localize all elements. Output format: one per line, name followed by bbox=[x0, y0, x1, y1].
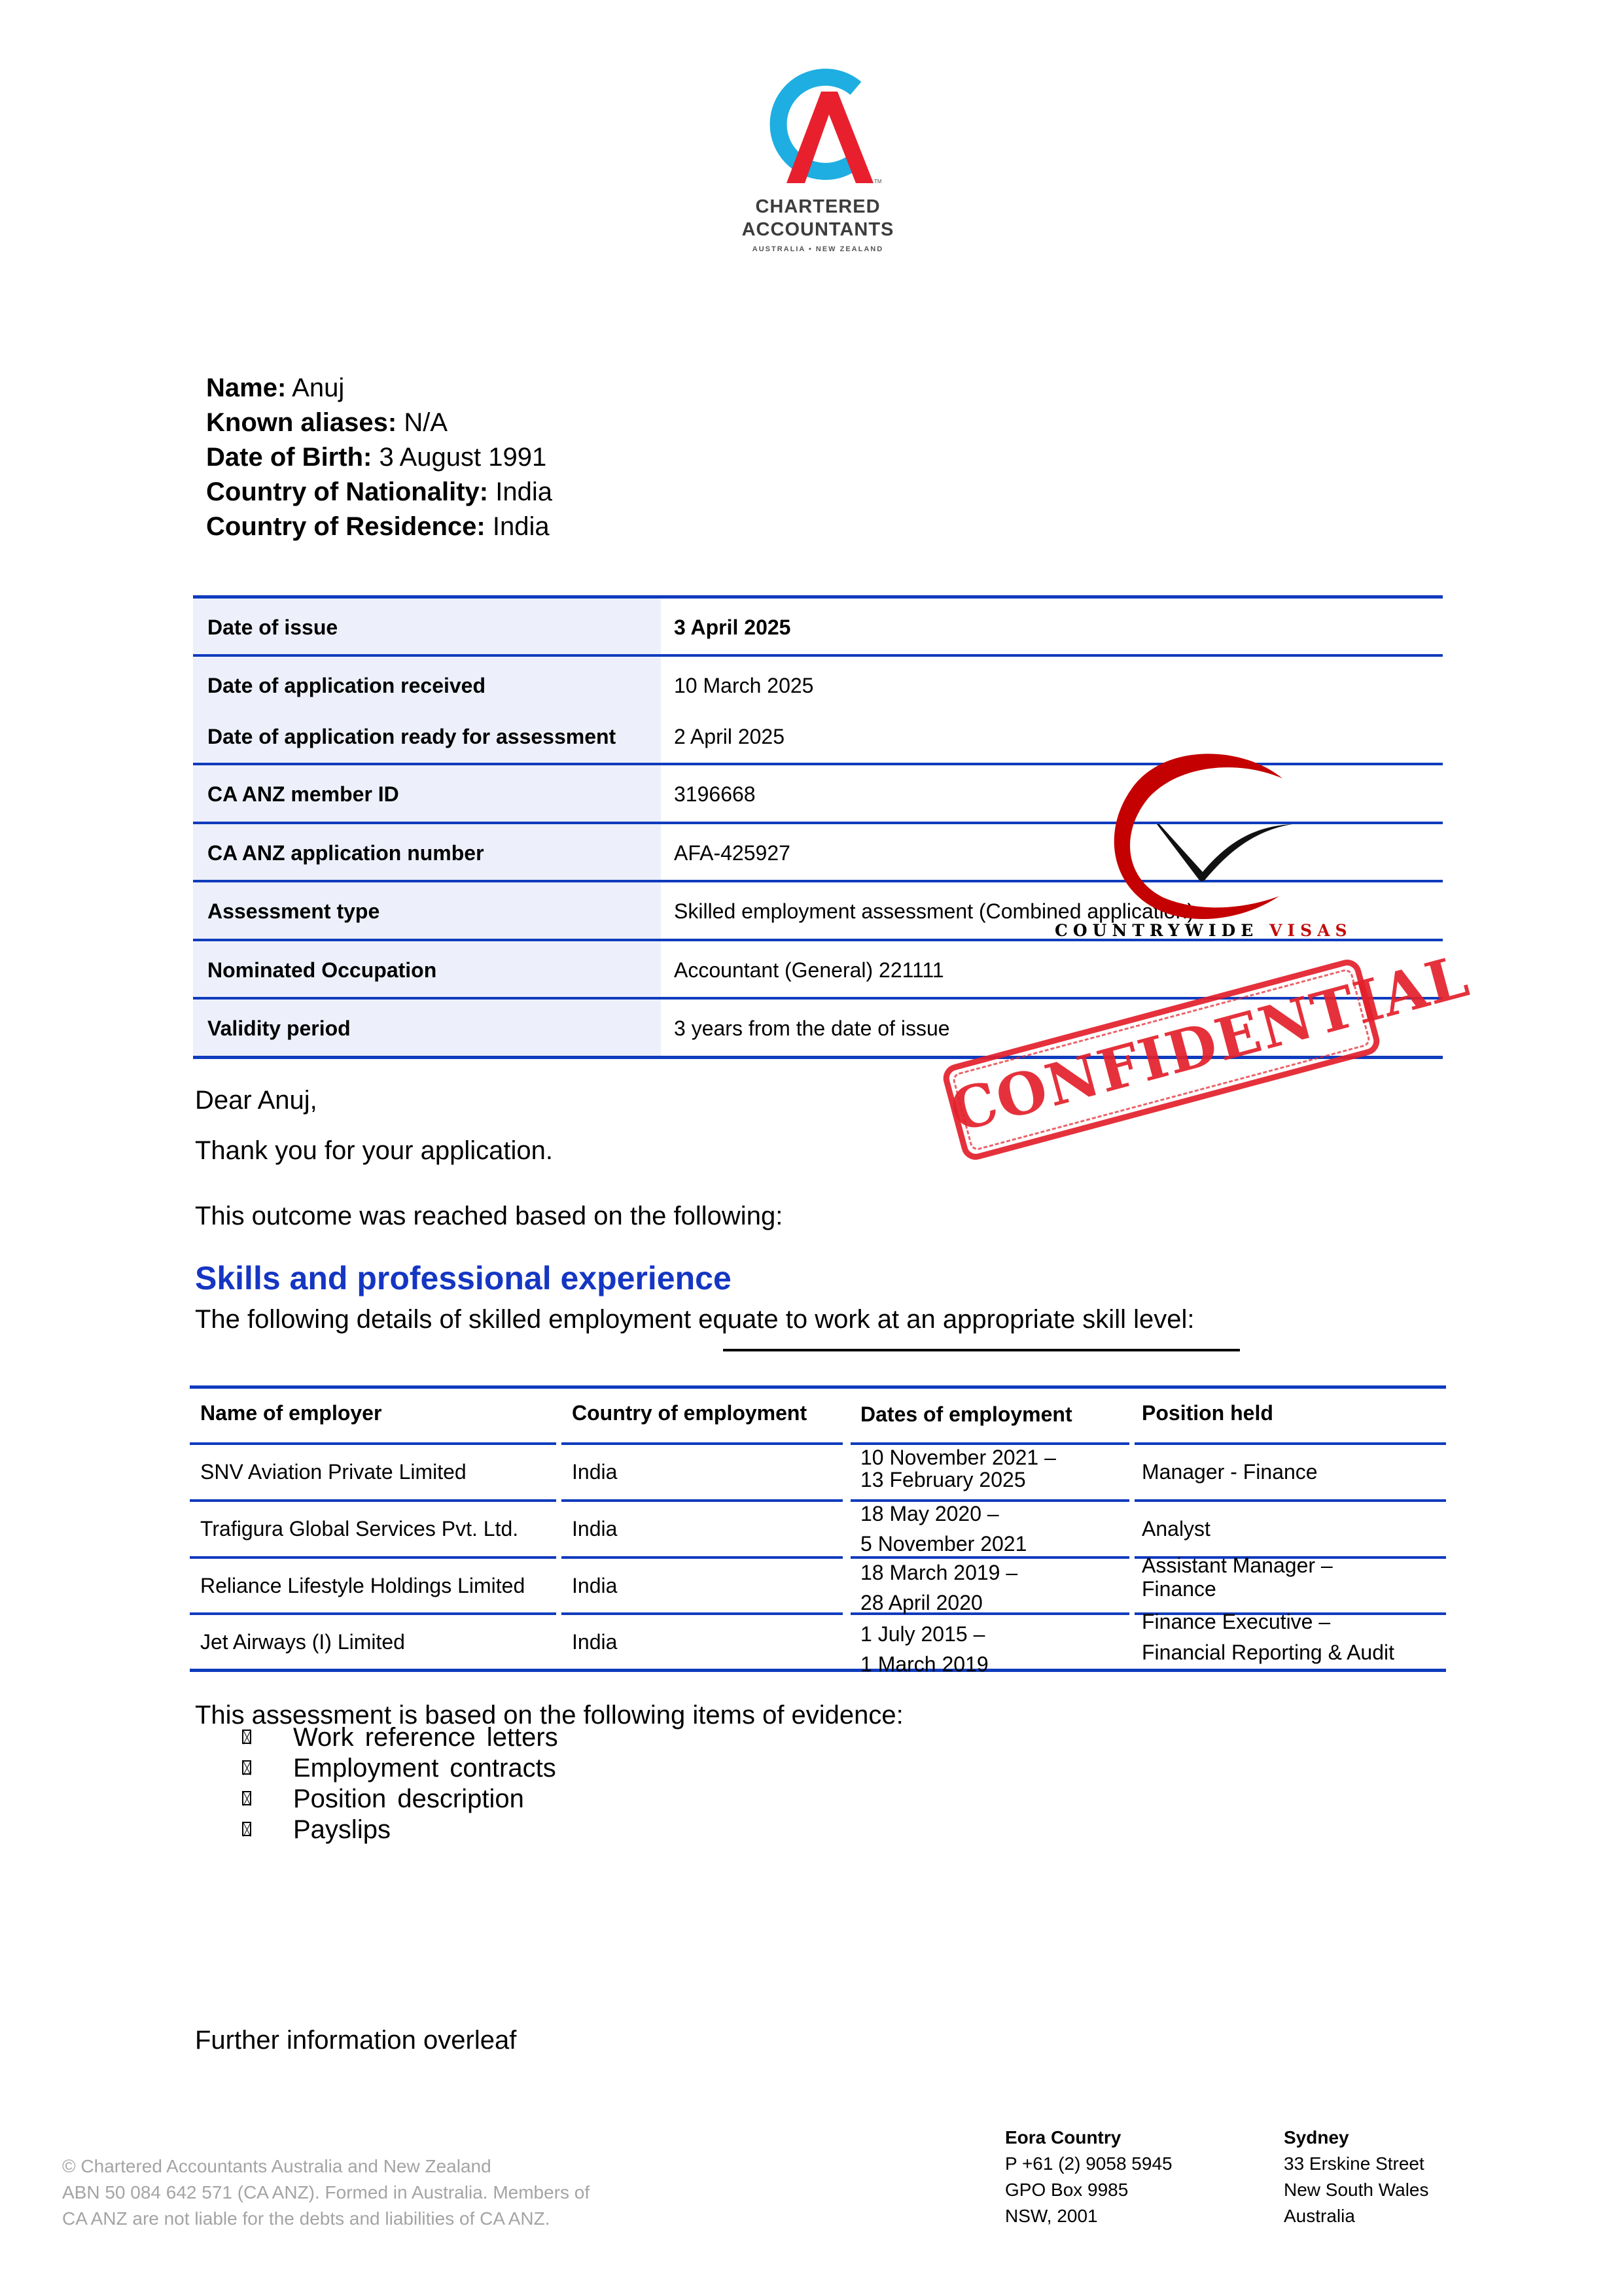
field-label: Name: bbox=[206, 374, 286, 402]
employment-country: India bbox=[572, 1457, 617, 1486]
field-value: India bbox=[493, 512, 550, 541]
countrywide-visas-wordmark: COUNTRYWIDE VISAS bbox=[1055, 921, 1352, 940]
missing-glyph-bullet-icon bbox=[242, 1791, 251, 1805]
field-label: Country of Residence: bbox=[206, 512, 485, 541]
info-label: Date of application ready for assessment bbox=[207, 725, 616, 749]
missing-glyph-bullet-icon bbox=[242, 1822, 251, 1836]
brand-word: COUNTRYWIDE bbox=[1055, 921, 1258, 940]
evidence-label: Employment contracts bbox=[293, 1754, 556, 1783]
logo-wordmark-line1: CHARTERED bbox=[739, 196, 896, 218]
dates-to: 28 April 2020 bbox=[860, 1588, 983, 1617]
employer-name: SNV Aviation Private Limited bbox=[200, 1457, 467, 1486]
info-value: 3 years from the date of issue bbox=[674, 1017, 950, 1041]
skill-statement: The following details of skilled employm… bbox=[195, 1305, 1194, 1334]
footer-liability: CA ANZ are not liable for the debts and … bbox=[62, 2208, 550, 2229]
evidence-label: Payslips bbox=[293, 1815, 391, 1845]
section-heading: Skills and professional experience bbox=[195, 1259, 732, 1297]
footer-state: New South Wales bbox=[1284, 2180, 1429, 2200]
cv-swoosh-icon bbox=[1086, 736, 1309, 939]
info-value: 10 March 2025 bbox=[674, 674, 813, 698]
employment-country: India bbox=[572, 1571, 617, 1600]
info-label: Date of issue bbox=[207, 616, 338, 640]
svg-text:TM: TM bbox=[874, 179, 882, 184]
info-label: CA ANZ member ID bbox=[207, 782, 399, 807]
position-held: Manager - Finance bbox=[1142, 1457, 1318, 1486]
field-label: Country of Nationality: bbox=[206, 478, 488, 506]
applicant-nationality: Country of Nationality: India bbox=[206, 477, 552, 507]
info-label: CA ANZ application number bbox=[207, 841, 484, 865]
evidence-label: Work reference letters bbox=[293, 1723, 558, 1752]
position-held: Finance Executive – bbox=[1142, 1609, 1330, 1634]
info-label: Date of application received bbox=[207, 674, 485, 698]
footer-country: Australia bbox=[1284, 2206, 1355, 2227]
logo-wordmark-line2: ACCOUNTANTS bbox=[739, 219, 896, 241]
info-value: 3196668 bbox=[674, 782, 756, 807]
field-label: Date of Birth: bbox=[206, 443, 372, 472]
countrywide-visas-logo bbox=[1086, 736, 1309, 939]
employer-name: Jet Airways (I) Limited bbox=[200, 1627, 405, 1656]
column-header-employer: Name of employer bbox=[200, 1399, 381, 1427]
ca-monogram-icon: TM bbox=[739, 62, 896, 200]
info-value: AFA-425927 bbox=[674, 841, 790, 865]
position-held: Assistant Manager – bbox=[1142, 1553, 1333, 1578]
field-label: Known aliases: bbox=[206, 408, 397, 437]
field-value: Anuj bbox=[292, 374, 344, 402]
info-label: Assessment type bbox=[207, 899, 380, 924]
field-value: India bbox=[495, 478, 552, 506]
field-value: N/A bbox=[404, 408, 448, 437]
info-label: Validity period bbox=[207, 1017, 351, 1041]
footer-contact-heading: Eora Country bbox=[1005, 2127, 1121, 2148]
applicant-residence: Country of Residence: India bbox=[206, 512, 550, 542]
dates-from: 18 May 2020 – bbox=[860, 1499, 999, 1528]
position-held: Analyst bbox=[1142, 1514, 1210, 1543]
footer-phone: P +61 (2) 9058 5945 bbox=[1005, 2153, 1173, 2174]
info-value: 3 April 2025 bbox=[674, 616, 790, 640]
brand-word: VISAS bbox=[1269, 921, 1352, 940]
dates-to: 5 November 2021 bbox=[860, 1529, 1027, 1558]
footer-street: 33 Erskine Street bbox=[1284, 2153, 1424, 2174]
info-value: 2 April 2025 bbox=[674, 725, 785, 749]
info-row-date-of-issue: Date of issue 3 April 2025 bbox=[193, 595, 1443, 655]
salutation: Dear Anuj, bbox=[195, 1086, 317, 1115]
thanks-line: Thank you for your application. bbox=[195, 1136, 553, 1166]
column-header-position: Position held bbox=[1142, 1399, 1273, 1427]
position-held-cont: Finance bbox=[1142, 1576, 1216, 1601]
column-header-dates: Dates of employment bbox=[860, 1400, 1072, 1429]
dates-to: 13 February 2025 bbox=[860, 1469, 1026, 1490]
ca-anz-logo: TM CHARTERED ACCOUNTANTS AUSTRALIA • NEW… bbox=[739, 62, 896, 265]
footer-postcode: NSW, 2001 bbox=[1005, 2206, 1098, 2227]
applicant-name: Name: Anuj bbox=[206, 373, 344, 403]
further-info: Further information overleaf bbox=[195, 2026, 516, 2055]
underline-rule bbox=[723, 1349, 1240, 1351]
employment-country: India bbox=[572, 1627, 617, 1656]
footer-office-heading: Sydney bbox=[1284, 2127, 1349, 2148]
missing-glyph-bullet-icon bbox=[242, 1760, 251, 1775]
info-value: Accountant (General) 221111 bbox=[674, 958, 944, 983]
evidence-label: Position description bbox=[293, 1784, 524, 1814]
employer-name: Reliance Lifestyle Holdings Limited bbox=[200, 1571, 525, 1600]
employer-name: Trafigura Global Services Pvt. Ltd. bbox=[200, 1514, 518, 1543]
info-label: Nominated Occupation bbox=[207, 958, 436, 983]
dates-from: 1 July 2015 – bbox=[860, 1620, 985, 1648]
applicant-dob: Date of Birth: 3 August 1991 bbox=[206, 442, 546, 472]
employment-country: India bbox=[572, 1514, 617, 1543]
employment-table: Name of employer Country of employment D… bbox=[190, 1385, 1446, 1677]
logo-wordmark-line3: AUSTRALIA • NEW ZEALAND bbox=[739, 245, 896, 253]
column-header-country: Country of employment bbox=[572, 1399, 807, 1427]
outcome-intro: This outcome was reached based on the fo… bbox=[195, 1202, 783, 1231]
field-value: 3 August 1991 bbox=[379, 443, 546, 472]
dates-to: 1 March 2019 bbox=[860, 1650, 989, 1679]
missing-glyph-bullet-icon bbox=[242, 1730, 251, 1744]
footer-copyright: © Chartered Accountants Australia and Ne… bbox=[62, 2156, 491, 2177]
footer-abn: ABN 50 084 642 571 (CA ANZ). Formed in A… bbox=[62, 2182, 590, 2203]
footer-po-box: GPO Box 9985 bbox=[1005, 2180, 1128, 2200]
applicant-aliases: Known aliases: N/A bbox=[206, 408, 448, 438]
position-held-cont: Financial Reporting & Audit bbox=[1142, 1638, 1394, 1667]
dates-from: 18 March 2019 – bbox=[860, 1558, 1017, 1587]
